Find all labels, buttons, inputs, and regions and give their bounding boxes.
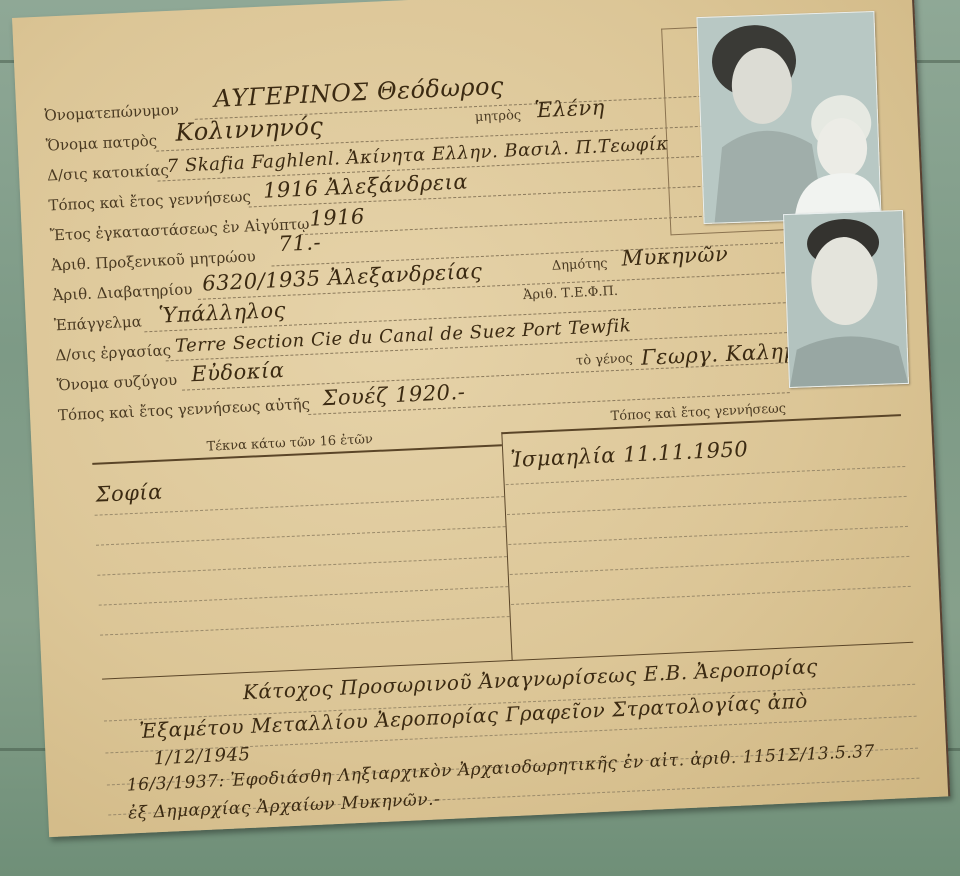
woman-and-child-photo <box>696 11 881 224</box>
table-line <box>100 616 510 636</box>
field-label: Δ/σις κατοικίας <box>47 161 169 185</box>
table-line <box>508 526 908 545</box>
table-line <box>510 556 910 575</box>
field-label: Τόπος καὶ ἔτος γεννήσεως αὐτῆς <box>58 395 311 424</box>
table-line <box>511 586 911 605</box>
table-line <box>97 556 507 576</box>
field-value-consular: 71.- <box>278 230 322 256</box>
field-value-spouse: Εὐδοκία <box>191 358 285 386</box>
table-line <box>507 496 907 515</box>
field-label: Ἀριθ. Διαβατηρίου <box>52 280 193 304</box>
child-birth: Ἰσμαηλία 11.11.1950 <box>510 437 749 472</box>
field-label: Δ/σις ἐργασίας <box>55 341 171 364</box>
field-label: Ὄνομα συζύγου <box>56 371 177 394</box>
tefp-label: Ἀριθ. Τ.Ε.Φ.Π. <box>523 284 618 303</box>
child-name: Σοφία <box>95 480 163 507</box>
field-value-mother: Ἑλένη <box>534 95 605 122</box>
field-value-spouse-birth: Σουέζ 1920.- <box>322 380 466 410</box>
note-line-5: ἐξ Δημαρχίας Ἀρχαίων Μυκηνῶν.- <box>128 789 441 823</box>
man-portrait-photo <box>783 210 909 388</box>
field-value-demotes: Μυκηνῶν <box>621 242 729 271</box>
demotes-label: Δημότης <box>551 256 607 274</box>
field-value-father: Κολιννηνός <box>175 112 324 147</box>
maiden-name-label: τὸ γένος <box>576 351 633 369</box>
field-value-occupation: Ὑπάλληλος <box>158 298 286 328</box>
note-line-3: 1/12/1945 <box>153 744 251 769</box>
table-line <box>96 526 506 546</box>
mother-label: μητρὸς <box>475 108 522 125</box>
table-line <box>99 586 509 606</box>
field-label: Ἐπάγγελμα <box>54 312 143 334</box>
field-label: Ὄνομα πατρὸς <box>45 132 157 155</box>
woman-and-child-image <box>697 12 880 223</box>
field-value-settlement: 1916 <box>309 204 365 230</box>
man-portrait-image <box>784 211 908 387</box>
field-label: Ὀνοματεπώνυμον <box>44 101 179 125</box>
